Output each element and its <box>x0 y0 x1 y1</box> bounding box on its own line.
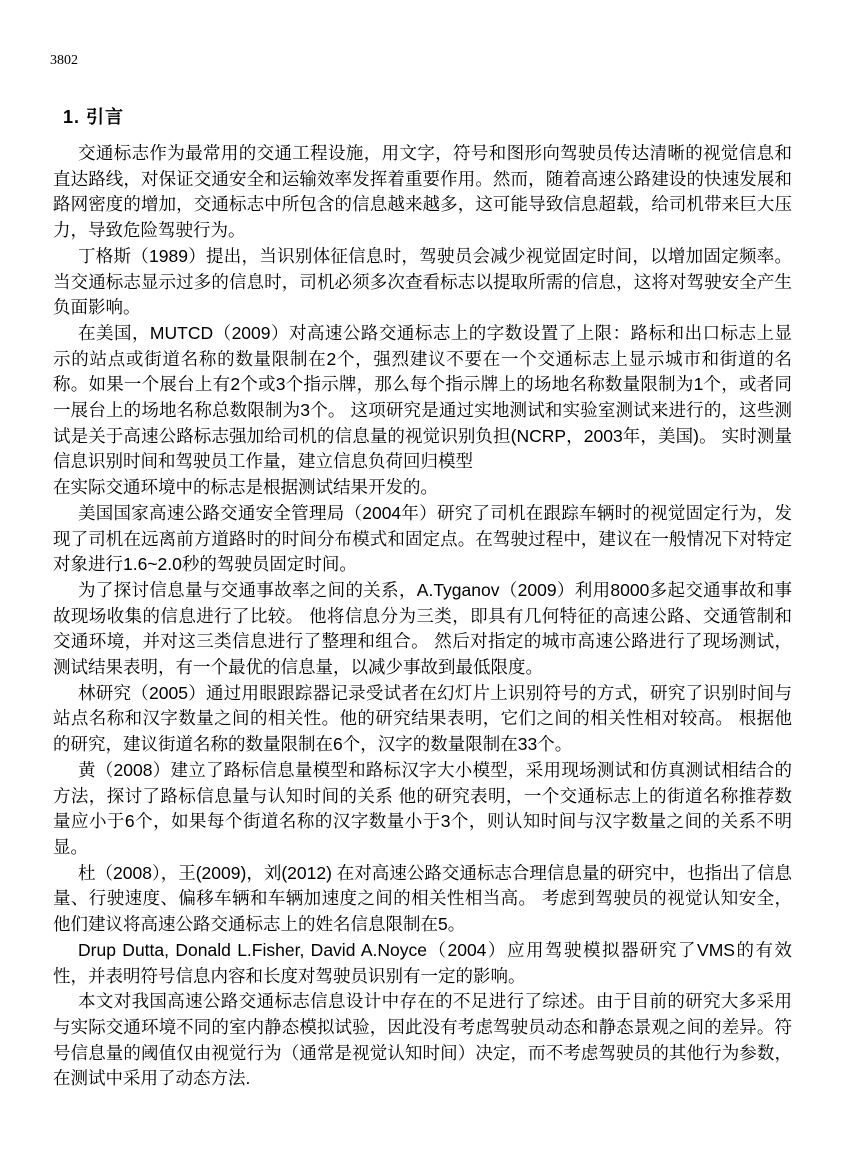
paragraph-2: 丁格斯（1989）提出，当识别体征信息时，驾驶员会减少视觉固定时间，以增加固定频… <box>53 244 792 321</box>
page-number: 3802 <box>50 53 78 69</box>
paragraph-3: 在美国，MUTCD（2009）对高速公路交通标志上的字数设置了上限：路标和出口标… <box>53 321 792 475</box>
paragraph-1: 交通标志作为最常用的交通工程设施，用文字，符号和图形向驾驶员传达清晰的视觉信息和… <box>53 141 792 244</box>
paragraph-8: 黄（2008）建立了路标信息量模型和路标汉字大小模型，采用现场测试和仿真测试相结… <box>53 758 792 861</box>
paragraph-7: 林研究（2005）通过用眼跟踪器记录受试者在幻灯片上识别符号的方式，研究了识别时… <box>53 681 792 758</box>
paragraph-10: Drup Dutta, Donald L.Fisher, David A.Noy… <box>53 938 792 989</box>
paragraph-5: 美国国家高速公路交通安全管理局（2004年）研究了司机在跟踪车辆时的视觉固定行为… <box>53 501 792 578</box>
document-page: 3802 1. 引言 交通标志作为最常用的交通工程设施，用文字，符号和图形向驾驶… <box>0 0 847 1155</box>
section-heading: 1. 引言 <box>63 103 124 129</box>
paragraph-9: 杜（2008），王(2009)，刘(2012) 在对高速公路交通标志合理信息量的… <box>53 861 792 938</box>
paragraph-4: 在实际交通环境中的标志是根据测试结果开发的。 <box>53 475 792 501</box>
paragraph-11: 本文对我国高速公路交通标志信息设计中存在的不足进行了综述。由于目前的研究大多采用… <box>53 989 792 1092</box>
content-area: 交通标志作为最常用的交通工程设施，用文字，符号和图形向驾驶员传达清晰的视觉信息和… <box>53 141 792 1092</box>
paragraph-6: 为了探讨信息量与交通事故率之间的关系，A.Tyganov（2009）利用8000… <box>53 578 792 681</box>
